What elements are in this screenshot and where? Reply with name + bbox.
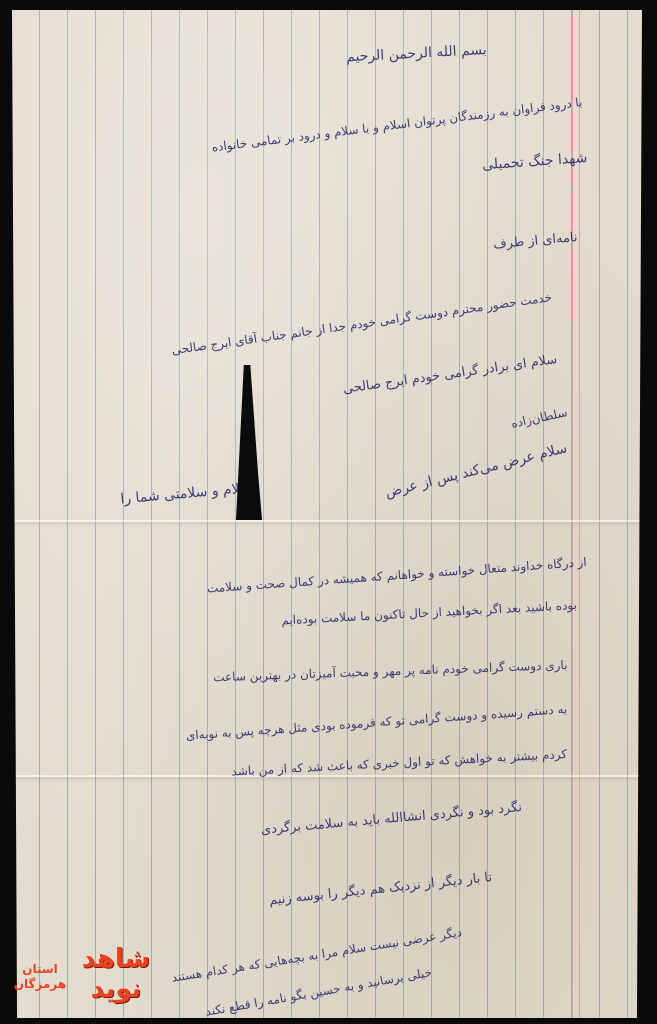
letter-line: نگرد بود و نگردی انشاالله باید به سلامت … [260,800,522,838]
logo-region-line1: استان [10,962,70,977]
letter-line: سلام عرض می‌کند پس از عرض [384,440,569,501]
letter-line: بوده باشید بعد اگر بخواهید از حال تاکنون… [281,598,577,627]
letter-line: به دستم رسیده و دوست گرامی تو که فرموده … [185,702,567,743]
paper-fold [12,775,642,777]
letter-line: بسم الله الرحمن الرحیم [346,42,487,65]
logo-region: استان هرمزگان [10,962,70,992]
letter-line: سلام و سلامتی شما را [120,480,252,507]
logo-brand: شاهد نوید [76,944,156,1004]
letter-line: سلطان‌زاده [510,405,569,431]
paper-fold [12,520,642,522]
letter-line: باری دوست گرامی خودم نامه پر مهر و محبت … [213,658,568,684]
letter-line: از درگاه خداوند متعال خواسته و خواهانم ک… [207,555,588,596]
letter-line: خدمت حضور محترم دوست گرامی خودم جدا از ج… [171,290,553,357]
letter-line: با درود فراوان به رزمندگان پرتوان اسلام … [211,95,583,154]
logo-region-line2: هرمزگان [10,977,70,992]
letter-paper: بسم الله الرحمن الرحیم با درود فراوان به… [12,10,642,1018]
watermark-logo: شاهد نوید استان هرمزگان [8,944,158,1016]
letter-line: سلام ای برادر گرامی خودم ایرج صالحی [342,352,558,397]
letter-line: کردم بیشتر به خواهش که تو اول خبری که با… [231,747,567,779]
letter-line: نامه‌ای از طرف [492,230,577,252]
letter-line: تا بار دیگر از نزدیک هم دیگر را بوسه زنی… [269,870,493,908]
